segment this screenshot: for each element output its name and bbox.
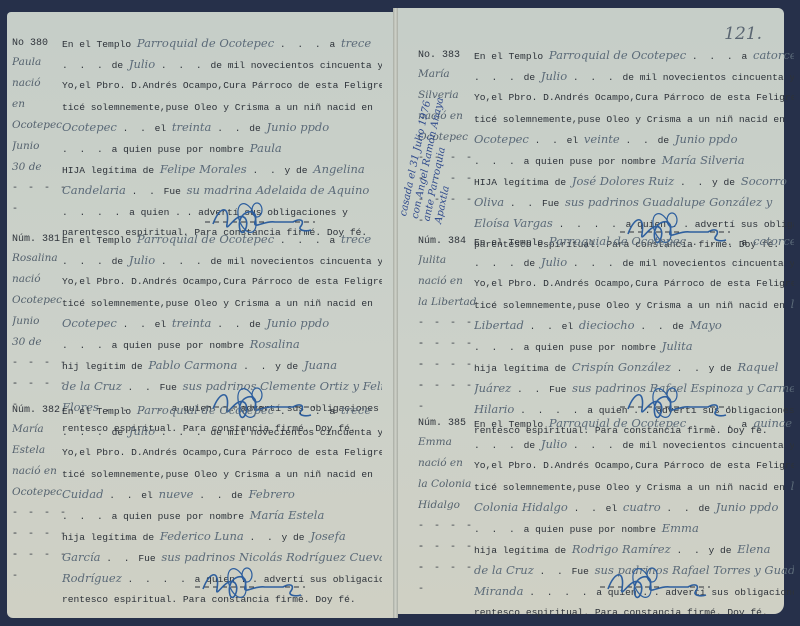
typed-text: de (672, 321, 684, 332)
handwritten-born-day: veinte (584, 132, 620, 146)
line-date: . . . de Julio . . . de mil novecientos … (62, 421, 382, 442)
handwritten-born-month: Junio ppdo (716, 500, 779, 514)
handwritten-temple: Parroquial de Ocotepec (549, 234, 686, 248)
typed-text: Yo,el Pbro. D.Andrés Ocampo,Cura Párroco… (62, 276, 382, 287)
typed-text: de (524, 72, 536, 83)
handwritten-born-month: Junio ppdo (267, 316, 330, 330)
line-parents: hija legítima de Federico Luna . . y de … (62, 526, 382, 547)
typed-text: de mil novecientos cincuenta y (210, 256, 382, 267)
handwritten-month: Julio (541, 437, 567, 451)
line-birth: Ocotepec . . el veinte . . de Junio ppdo (474, 129, 794, 150)
handwritten-mother: Socorro (741, 174, 787, 188)
entry-number: Núm. 385 (418, 418, 466, 429)
line-date: . . . de Julio . . . de mil novecientos … (62, 54, 382, 75)
entry-number: No 380 (12, 38, 48, 49)
line-birth: Colonia Hidalgo . . el cuatro . . de Jun… (474, 497, 794, 518)
typed-text: hija legítima de (474, 545, 566, 556)
typed-text: Fue (542, 198, 559, 209)
typed-text: En el Templo (474, 51, 543, 62)
line-date: . . . de Julio . . . de mil novecientos … (474, 252, 794, 273)
line-parents: HIJA legítima de José Dolores Ruiz . . y… (474, 171, 794, 192)
handwritten-name: María Estela (250, 508, 325, 522)
book-spine (393, 8, 398, 618)
handwritten-godparents: sus padrinos Guadalupe González y (565, 195, 772, 209)
entry-number: Núm. 382 (12, 405, 60, 416)
handwritten-mother: Juana (304, 358, 337, 372)
typed-text: de mil novecientos cincuenta y (622, 258, 794, 269)
line-temple: En el Templo Parroquial de Ocotepec . . … (62, 229, 382, 250)
line-date: . . . de Julio . . . de mil novecientos … (474, 434, 794, 455)
margin-annotation: la Colonia (418, 474, 476, 495)
typed-text: a quien puse por nombre (112, 511, 244, 522)
handwritten-month: Julio (541, 255, 567, 269)
handwritten-name: Rosalina (250, 337, 300, 351)
handwritten-place: Libertad (474, 318, 524, 332)
handwritten-mother-surname: García (62, 550, 101, 564)
handwritten-father: Rodrigo Ramírez (572, 542, 671, 556)
typed-text: a (329, 406, 335, 417)
handwritten-father: José Dolores Ruiz (572, 174, 674, 188)
margin-annotation: Hidalgo (418, 495, 476, 516)
typed-text: ticé solemnemente,puse Oleo y Crisma a u… (474, 482, 785, 493)
typed-text: Fue (160, 382, 177, 393)
handwritten-day: trece (341, 36, 371, 50)
handwritten-place: Ocotepec (62, 316, 117, 330)
line-baptized: ticé solemnemente,puse Oleo y Crisma a u… (474, 108, 794, 129)
handwritten-mother: Elena (737, 542, 770, 556)
line-date: . . . de Julio . . . de mil novecientos … (62, 250, 382, 271)
typed-text: HIJA legítima de (62, 165, 154, 176)
handwritten-name: María Silveria (662, 153, 745, 167)
handwritten-mother-surname: de la Cruz (474, 563, 534, 577)
typed-text: de (698, 503, 710, 514)
handwritten-born-day: cuatro (623, 500, 661, 514)
typed-text: ticé solemnemente,puse Oleo y Crisma a u… (62, 469, 373, 480)
handwritten-born-day: treinta (172, 120, 212, 134)
handwritten-born-month: Febrero (249, 487, 295, 501)
handwritten-born-day: dieciocho (579, 318, 635, 332)
line-baptized: ticé solemnemente,puse Oleo y Crisma a u… (62, 292, 382, 313)
typed-text: y de (709, 545, 732, 556)
handwritten-day: quince (753, 416, 792, 430)
typed-text: de (249, 319, 261, 330)
handwritten-month: Julio (129, 253, 155, 267)
line-birth: Libertad . . el dieciocho . . de Mayo (474, 315, 794, 336)
typed-text: el (155, 123, 167, 134)
line-baptized: ticé solemnemente,puse Oleo y Crisma a u… (474, 476, 794, 497)
handwritten-place: Ocotepec (474, 132, 529, 146)
handwritten-day: catorce (753, 234, 794, 248)
line-baptized: ticé solemnemente,puse Oleo y Crisma a u… (474, 294, 794, 315)
line-priest: Yo,el Pbro. D.Andrés Ocampo,Cura Párroco… (474, 87, 794, 108)
typed-text: HIJA legítima de (474, 177, 566, 188)
line-priest: Yo,el Pbro. D.Andrés Ocampo,Cura Párroco… (62, 271, 382, 292)
margin-annotation: - - - - - (418, 537, 476, 558)
typed-text: Yo,el Pbro. D.Andrés Ocampo,Cura Párroco… (62, 447, 382, 458)
typed-text: a (329, 235, 335, 246)
typed-text: a (329, 39, 335, 50)
handwritten-mother-surname: Oliva (474, 195, 504, 209)
handwritten-godparents-2: Rodríguez (62, 571, 122, 585)
entry-margin: Emmanació enla ColoniaHidalgo- - - - -- … (418, 432, 476, 579)
typed-text: Yo,el Pbro. D.Andrés Ocampo,Cura Párroco… (474, 278, 794, 289)
handwritten-temple: Parroquial de Ocotepec (137, 232, 274, 246)
typed-text: el (155, 319, 167, 330)
line-godparents: Candelaria . . Fue su madrina Adelaida d… (62, 180, 382, 201)
typed-text: Fue (572, 566, 589, 577)
typed-text: y de (275, 361, 298, 372)
handwritten-name: Emma (662, 521, 699, 535)
handwritten-godparents-2: Eloísa Vargas (474, 216, 553, 230)
typed-text: Yo,el Pbro. D.Andrés Ocampo,Cura Párroco… (474, 92, 794, 103)
margin-annotation: María (418, 64, 476, 85)
handwritten-place: Cuidad (62, 487, 103, 501)
handwritten-mother: Angelina (313, 162, 365, 176)
line-name: . . . a quien puse por nombre Julita (474, 336, 794, 357)
entry-number: Núm. 381 (12, 234, 60, 245)
typed-text: el (562, 321, 574, 332)
handwritten-father: Federico Luna (160, 529, 244, 543)
handwritten-day: catorce (753, 48, 794, 62)
line-closing: rentesco espiritual. Para constancia fir… (474, 602, 794, 623)
handwritten-godparents-2: Miranda (474, 584, 523, 598)
handwritten-born-day: treinta (172, 316, 212, 330)
line-date: . . . de Julio . . . de mil novecientos … (474, 66, 794, 87)
typed-text: de mil novecientos cincuenta y (622, 440, 794, 451)
typed-text: de mil novecientos cincuenta y (210, 60, 382, 71)
typed-text: a quien puse por nombre (524, 156, 656, 167)
typed-text: a quien puse por nombre (112, 340, 244, 351)
typed-text: de (658, 135, 670, 146)
handwritten-temple: Parroquial de Ocotepec (137, 36, 274, 50)
line-temple: En el Templo Parroquial de Ocotepec . . … (474, 413, 794, 434)
line-priest: Yo,el Pbro. D.Andrés Ocampo,Cura Párroco… (62, 442, 382, 463)
typed-text: Fue (138, 553, 155, 564)
typed-text: ticé solemnemente,puse Oleo y Crisma a u… (62, 298, 373, 309)
line-birth: Cuidad . . el nueve . . de Febrero (62, 484, 382, 505)
typed-text: Fue (164, 186, 181, 197)
handwritten-mother-surname: Juárez (474, 381, 511, 395)
typed-text: a (741, 51, 747, 62)
line-name: . . . a quien puse por nombre María Este… (62, 505, 382, 526)
line-parents: hija legítima de Crispín González . . y … (474, 357, 794, 378)
typed-text: a quien puse por nombre (524, 342, 656, 353)
typed-text: el (141, 490, 153, 501)
margin-annotation: nació en (418, 271, 476, 292)
handwritten-place-prefix: la (791, 297, 794, 311)
typed-text: de (112, 256, 124, 267)
entry-number: No. 383 (418, 50, 460, 61)
typed-text: hija legítima de (62, 532, 154, 543)
typed-text: a quien puse por nombre (524, 524, 656, 535)
handwritten-born-day: nueve (159, 487, 194, 501)
handwritten-month: Julio (541, 69, 567, 83)
line-temple: En el Templo Parroquial de Ocotepec . . … (474, 45, 794, 66)
handwritten-temple: Parroquial de Ocotepec (549, 48, 686, 62)
handwritten-mother: Raquel (737, 360, 778, 374)
typed-text: de (524, 258, 536, 269)
typed-text: ticé solemnemente,puse Oleo y Crisma a u… (474, 114, 785, 125)
margin-annotation: - - - - - (418, 376, 476, 397)
entry-margin: Julitanació enla Libertad- - - - -- - - … (418, 250, 476, 397)
typed-text: y de (709, 363, 732, 374)
margin-annotation: Emma (418, 432, 476, 453)
typed-text: En el Templo (474, 419, 543, 430)
typed-text: de (112, 60, 124, 71)
line-parents: HIJA legítima de Felipe Morales . . y de… (62, 159, 382, 180)
typed-text: a (741, 419, 747, 430)
typed-text: Yo,el Pbro. D.Andrés Ocampo,Cura Párroco… (474, 460, 794, 471)
typed-text: de (231, 490, 243, 501)
margin-annotation: la Libertad (418, 292, 476, 313)
typed-text: a (741, 237, 747, 248)
line-priest: Yo,el Pbro. D.Andrés Ocampo,Cura Párroco… (474, 273, 794, 294)
handwritten-name: Paula (250, 141, 282, 155)
typed-text: de (112, 427, 124, 438)
typed-text: de mil novecientos cincuenta y (210, 427, 382, 438)
handwritten-godparents: su madrina Adelaida de Aquino (187, 183, 370, 197)
typed-text: ticé solemnemente,puse Oleo y Crisma a u… (474, 300, 785, 311)
page-number: 121. (724, 24, 762, 44)
handwritten-place-prefix: la (791, 479, 794, 493)
typed-text: y de (712, 177, 735, 188)
typed-text: y de (282, 532, 305, 543)
typed-text: Fue (549, 384, 566, 395)
margin-annotation: nació en (418, 453, 476, 474)
line-name: . . . a quien puse por nombre Paula (62, 138, 382, 159)
handwritten-temple: Parroquial de Ocotepec (549, 416, 686, 430)
line-parents: hij legítim de Pablo Carmona . . y de Ju… (62, 355, 382, 376)
typed-text: En el Templo (474, 237, 543, 248)
handwritten-mother-surname: de la Cruz (62, 379, 122, 393)
line-name: . . . a quien puse por nombre Rosalina (62, 334, 382, 355)
line-birth: Ocotepec . . el treinta . . de Junio ppd… (62, 117, 382, 138)
margin-annotation: - - - - - (418, 334, 476, 355)
typed-text: rentesco espiritual. Para constancia fir… (474, 607, 768, 618)
line-birth: Ocotepec . . el treinta . . de Junio ppd… (62, 313, 382, 334)
handwritten-mother-surname: Candelaria (62, 183, 126, 197)
handwritten-born-month: Junio ppdo (675, 132, 738, 146)
line-baptized: ticé solemnemente,puse Oleo y Crisma a u… (62, 96, 382, 117)
signature-icon (195, 565, 305, 605)
margin-annotation: - - - - - (418, 355, 476, 376)
handwritten-month: Julio (129, 424, 155, 438)
handwritten-name: Julita (662, 339, 693, 353)
typed-text: hija legítima de (474, 363, 566, 374)
handwritten-father: Pablo Carmona (148, 358, 237, 372)
typed-text: de mil novecientos cincuenta y (622, 72, 794, 83)
handwritten-month: Julio (129, 57, 155, 71)
handwritten-day: trece (341, 232, 371, 246)
typed-text: de (524, 440, 536, 451)
margin-annotation: Julita (418, 250, 476, 271)
typed-text: En el Templo (62, 406, 131, 417)
line-parents: hija legítima de Rodrigo Ramírez . . y d… (474, 539, 794, 560)
signature-icon (600, 565, 710, 605)
handwritten-father: Felipe Morales (160, 162, 247, 176)
line-baptized: ticé solemnemente,puse Oleo y Crisma a u… (62, 463, 382, 484)
handwritten-godparents: sus padrinos Nicolás Rodríguez Cuevas (161, 550, 382, 564)
line-priest: Yo,el Pbro. D.Andrés Ocampo,Cura Párroco… (62, 75, 382, 96)
typed-text: y de (284, 165, 307, 176)
typed-text: el (567, 135, 579, 146)
typed-text: Yo,el Pbro. D.Andrés Ocampo,Cura Párroco… (62, 80, 382, 91)
typed-text: ticé solemnemente,puse Oleo y Crisma a u… (62, 102, 373, 113)
typed-text: En el Templo (62, 39, 131, 50)
margin-annotation: - - - - - (418, 313, 476, 334)
handwritten-day: trece (341, 403, 371, 417)
handwritten-place: Colonia Hidalgo (474, 500, 568, 514)
handwritten-born-month: Mayo (690, 318, 722, 332)
line-temple: En el Templo Parroquial de Ocotepec . . … (474, 231, 794, 252)
line-temple: En el Templo Parroquial de Ocotepec . . … (62, 33, 382, 54)
line-temple: En el Templo Parroquial de Ocotepec . . … (62, 400, 382, 421)
line-name: . . . a quien puse por nombre María Silv… (474, 150, 794, 171)
handwritten-born-month: Junio ppdo (267, 120, 330, 134)
typed-text: a quien puse por nombre (112, 144, 244, 155)
typed-text: hij legítim de (62, 361, 143, 372)
handwritten-temple: Parroquial de Ocotepec (137, 403, 274, 417)
handwritten-father: Crispín González (572, 360, 671, 374)
handwritten-place: Ocotepec (62, 120, 117, 134)
handwritten-mother: Josefa (310, 529, 345, 543)
typed-text: de (249, 123, 261, 134)
margin-annotation: - - - - - (418, 558, 476, 579)
margin-annotation: - - - - - (418, 516, 476, 537)
entry-number: Núm. 384 (418, 236, 466, 247)
line-priest: Yo,el Pbro. D.Andrés Ocampo,Cura Párroco… (474, 455, 794, 476)
typed-text: En el Templo (62, 235, 131, 246)
typed-text: el (606, 503, 618, 514)
line-name: . . . a quien puse por nombre Emma (474, 518, 794, 539)
